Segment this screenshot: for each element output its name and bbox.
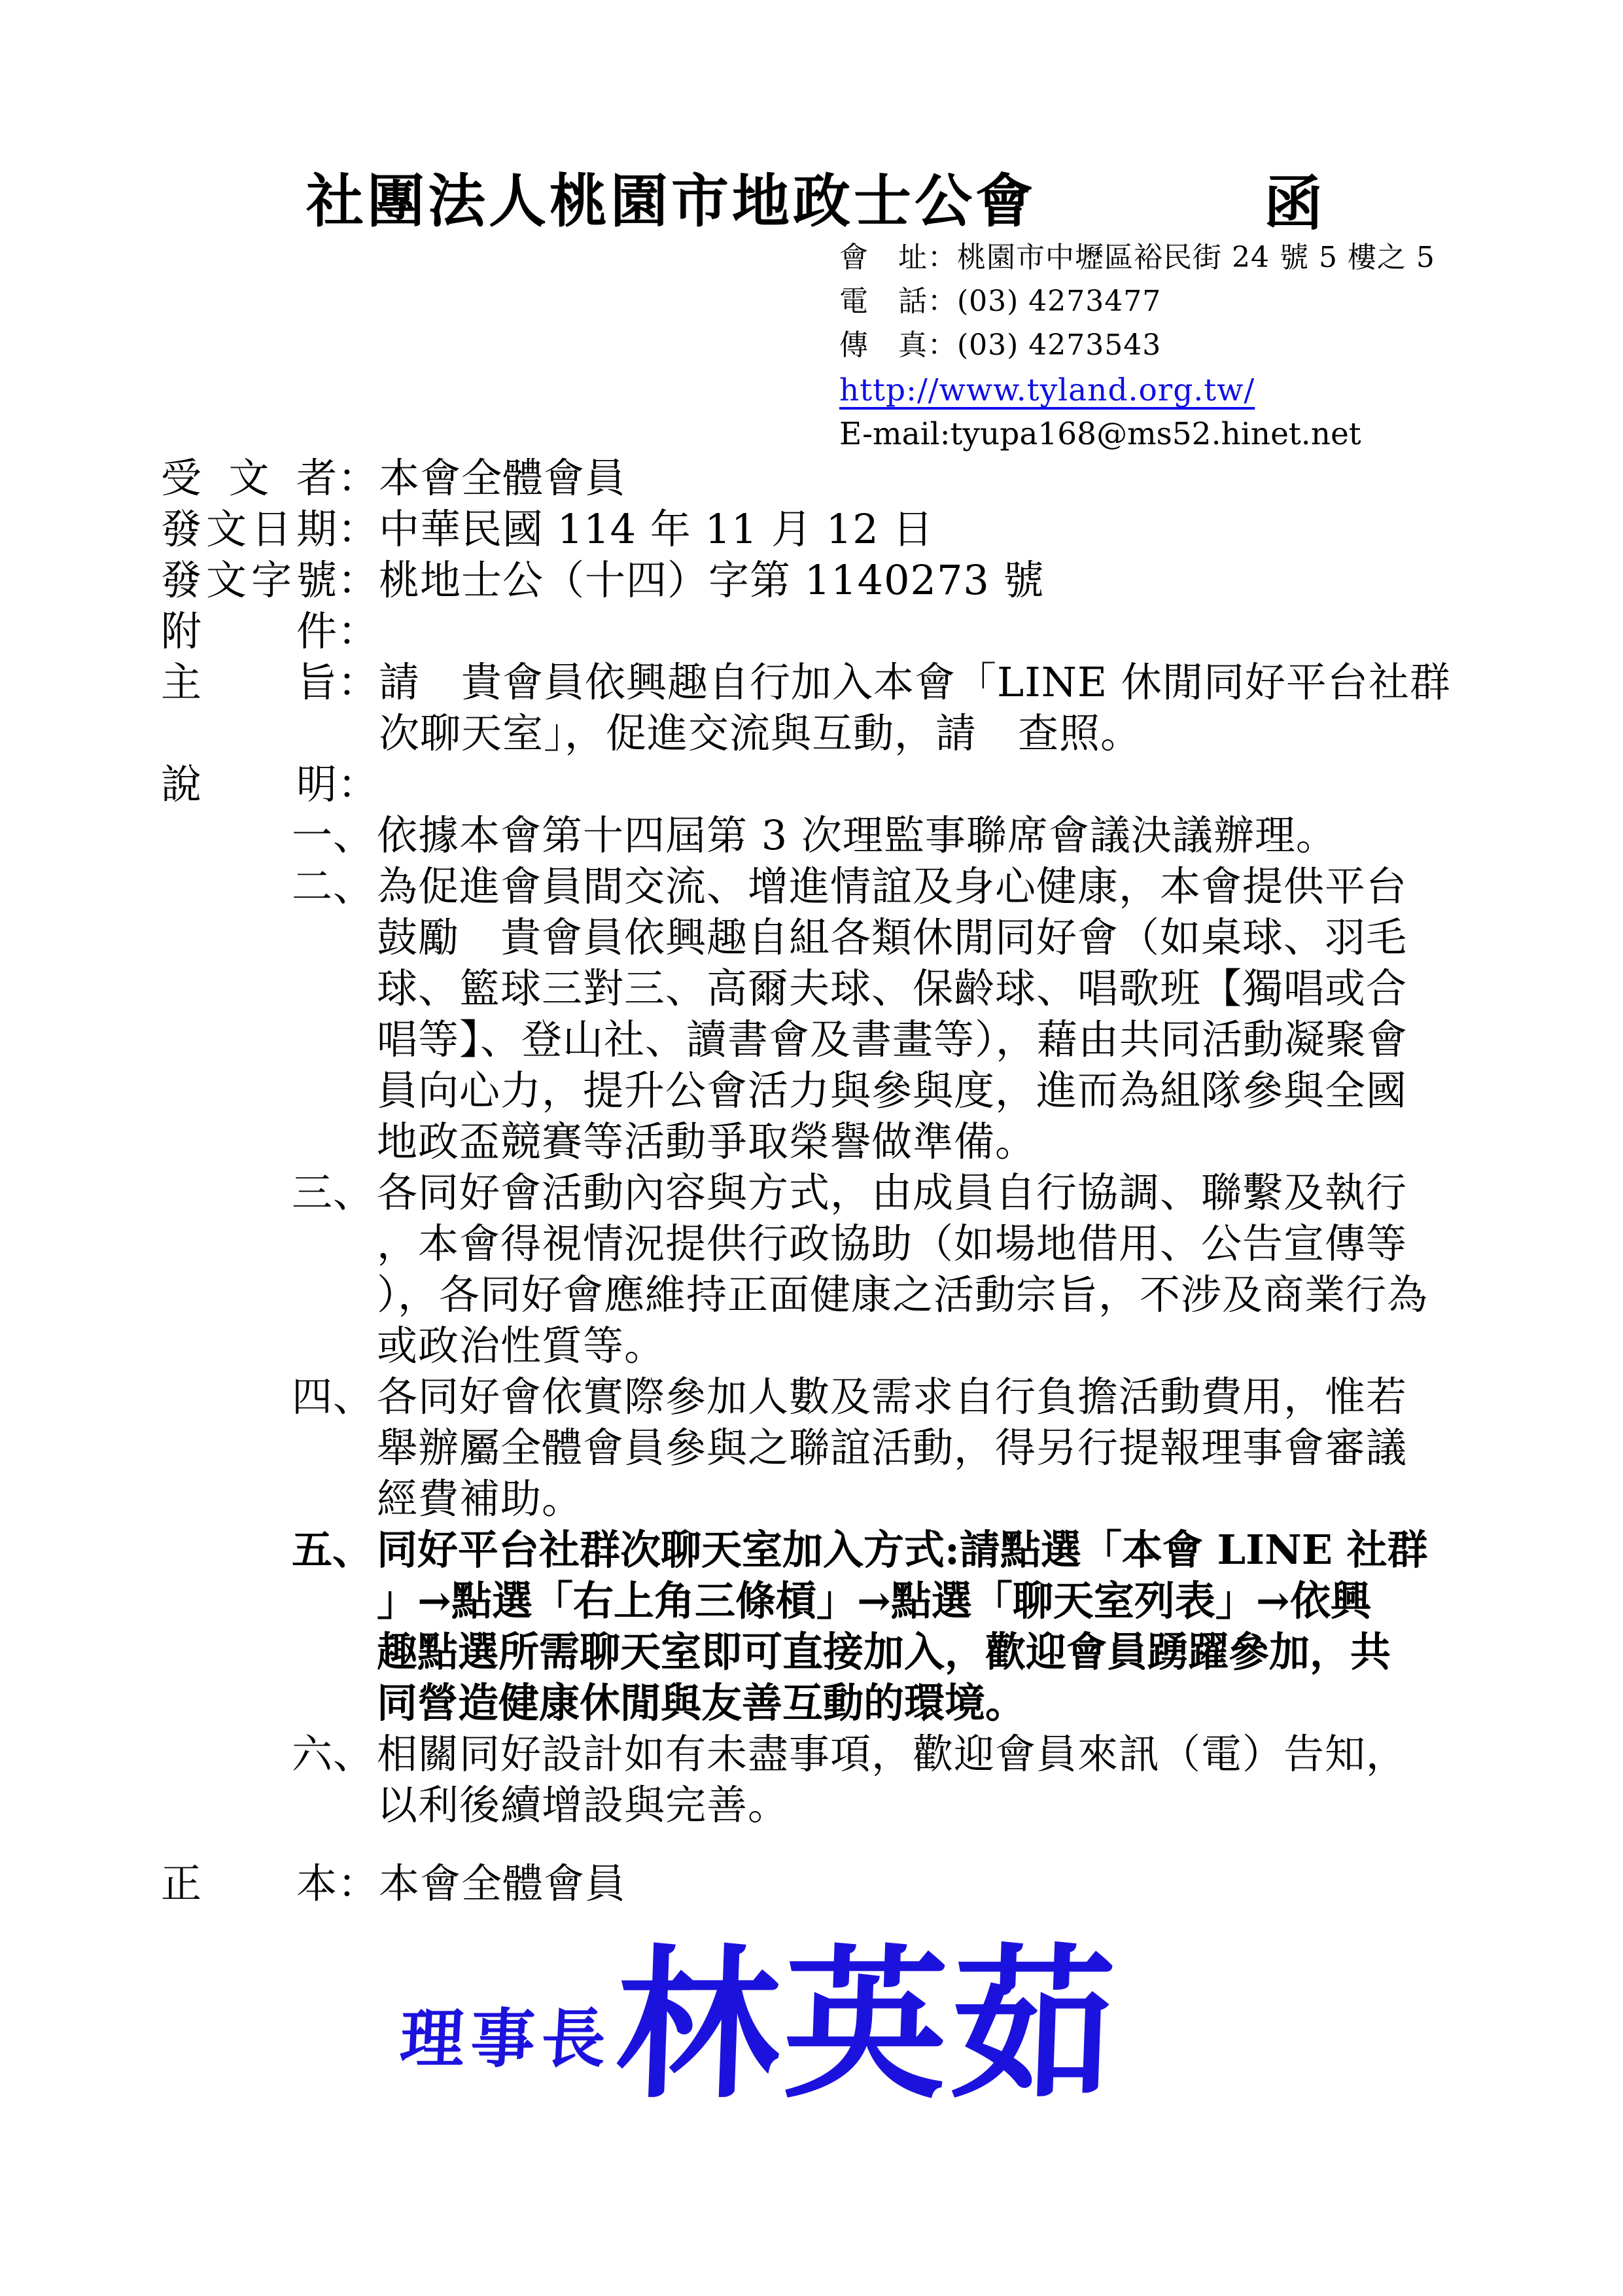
subject-label: 主旨: [161, 657, 338, 708]
address-line: 會 址：桃園市中壢區裕民街 24 號 5 樓之 5: [839, 236, 1435, 279]
attachment-colon: ：: [338, 606, 379, 657]
fax-line: 傳 真：(03) 4273543: [839, 323, 1435, 367]
explanation-colon: ：: [338, 759, 379, 810]
address-value: 桃園市中壢區裕民街 24 號 5 樓之 5: [957, 236, 1435, 279]
subject-row: 主旨：請 貴會員依興趣自行加入本會「LINE 休閒同好平台社群 次聊天室」，促進…: [161, 657, 1509, 759]
explanation-item-6: 六、相關同好設計如有未盡事項，歡迎會員來訊（電）告知， 以利後續增設與完善。: [292, 1729, 1509, 1831]
subject-value: 請 貴會員依興趣自行加入本會「LINE 休閒同好平台社群 次聊天室」，促進交流與…: [379, 657, 1509, 759]
issue-date-colon: ：: [338, 504, 379, 555]
explanation-header-row: 說明：: [161, 759, 1509, 810]
copy-to-colon: ：: [338, 1858, 379, 1909]
item-6-text: 相關同好設計如有未盡事項，歡迎會員來訊（電）告知， 以利後續增設與完善。: [377, 1729, 1509, 1831]
explanation-item-3: 三、各同好會活動內容與方式，由成員自行協調、聯繫及執行 ，本會得視情況提供行政協…: [292, 1167, 1509, 1371]
phone-label: 電 話: [839, 279, 928, 323]
explanation-item-5: 五、同好平台社群次聊天室加入方式:請點選「本會 LINE 社群 」→點選「右上角…: [292, 1525, 1509, 1729]
email-value: E-mail:tyupa168@ms52.hinet.net: [839, 412, 1361, 456]
ref-number-value: 桃地士公（十四）字第 1140273 號: [379, 555, 1509, 606]
item-3-text: 各同好會活動內容與方式，由成員自行協調、聯繫及執行 ，本會得視情況提供行政協助（…: [377, 1167, 1509, 1371]
chairman-signature: 林英茹: [613, 1935, 1121, 2113]
ref-number-label: 發文字號: [161, 555, 338, 606]
item-2-text: 為促進會員間交流、增進情誼及身心健康，本會提供平台 鼓勵 貴會員依興趣自組各類休…: [377, 861, 1509, 1167]
subject-colon: ：: [338, 657, 379, 708]
fax-colon: ：: [928, 323, 957, 367]
item-4-text: 各同好會依實際參加人數及需求自行負擔活動費用，惟若 舉辦屬全體會員參與之聯誼活動…: [377, 1371, 1509, 1525]
phone-value: (03) 4273477: [957, 279, 1161, 323]
fax-value: (03) 4273543: [957, 323, 1161, 367]
item-1-number: 一、: [292, 810, 377, 861]
chairman-title: 理事長: [398, 1988, 614, 2080]
recipient-colon: ：: [338, 453, 379, 504]
letter-page: 社團法人桃園市地政士公會 函 會 址：桃園市中壢區裕民街 24 號 5 樓之 5…: [0, 0, 1623, 2296]
explanation-list: 一、依據本會第十四屆第 3 次理監事聯席會議決議辦理。 二、為促進會員間交流、增…: [292, 810, 1509, 1831]
recipient-row: 受文者：本會全體會員: [161, 453, 1509, 504]
item-1-text: 依據本會第十四屆第 3 次理監事聯席會議決議辦理。: [377, 810, 1509, 861]
address-label: 會 址: [839, 236, 928, 279]
website-link[interactable]: http://www.tyland.org.tw/: [839, 368, 1255, 412]
explanation-item-4: 四、各同好會依實際參加人數及需求自行負擔活動費用，惟若 舉辦屬全體會員參與之聯誼…: [292, 1371, 1509, 1525]
phone-line: 電 話：(03) 4273477: [839, 279, 1435, 323]
explanation-item-2: 二、為促進會員間交流、增進情誼及身心健康，本會提供平台 鼓勵 貴會員依興趣自組各…: [292, 861, 1509, 1167]
document-type-label: 函: [1264, 156, 1323, 241]
address-colon: ：: [928, 236, 957, 279]
contact-block: 會 址：桃園市中壢區裕民街 24 號 5 樓之 5 電 話：(03) 42734…: [839, 236, 1435, 456]
item-5-text: 同好平台社群次聊天室加入方式:請點選「本會 LINE 社群 」→點選「右上角三條…: [377, 1525, 1509, 1729]
item-5-number: 五、: [292, 1525, 377, 1576]
item-2-number: 二、: [292, 861, 377, 912]
attachment-label: 附件: [161, 606, 338, 657]
recipient-label: 受文者: [161, 453, 338, 504]
organization-title: 社團法人桃園市地政士公會: [306, 156, 1036, 238]
issue-date-row: 發文日期：中華民國 114 年 11 月 12 日: [161, 504, 1509, 555]
issue-date-value: 中華民國 114 年 11 月 12 日: [379, 504, 1509, 555]
attachment-row: 附件：: [161, 606, 1509, 657]
copy-to-value: 本會全體會員: [379, 1858, 1509, 1909]
copy-to-row: 正本：本會全體會員: [161, 1858, 1509, 1909]
email-line: E-mail:tyupa168@ms52.hinet.net: [839, 412, 1435, 456]
fax-label: 傳 真: [839, 323, 928, 367]
explanation-label: 說明: [161, 759, 338, 810]
copy-to-label: 正本: [161, 1858, 338, 1909]
ref-number-colon: ：: [338, 555, 379, 606]
item-6-number: 六、: [292, 1729, 377, 1780]
ref-number-row: 發文字號：桃地士公（十四）字第 1140273 號: [161, 555, 1509, 606]
letter-body: 受文者：本會全體會員 發文日期：中華民國 114 年 11 月 12 日 發文字…: [161, 453, 1509, 1909]
phone-colon: ：: [928, 279, 957, 323]
recipient-value: 本會全體會員: [379, 453, 1509, 504]
item-3-number: 三、: [292, 1167, 377, 1218]
item-4-number: 四、: [292, 1371, 377, 1422]
explanation-item-1: 一、依據本會第十四屆第 3 次理監事聯席會議決議辦理。: [292, 810, 1509, 861]
issue-date-label: 發文日期: [161, 504, 338, 555]
website-line: http://www.tyland.org.tw/: [839, 368, 1435, 412]
